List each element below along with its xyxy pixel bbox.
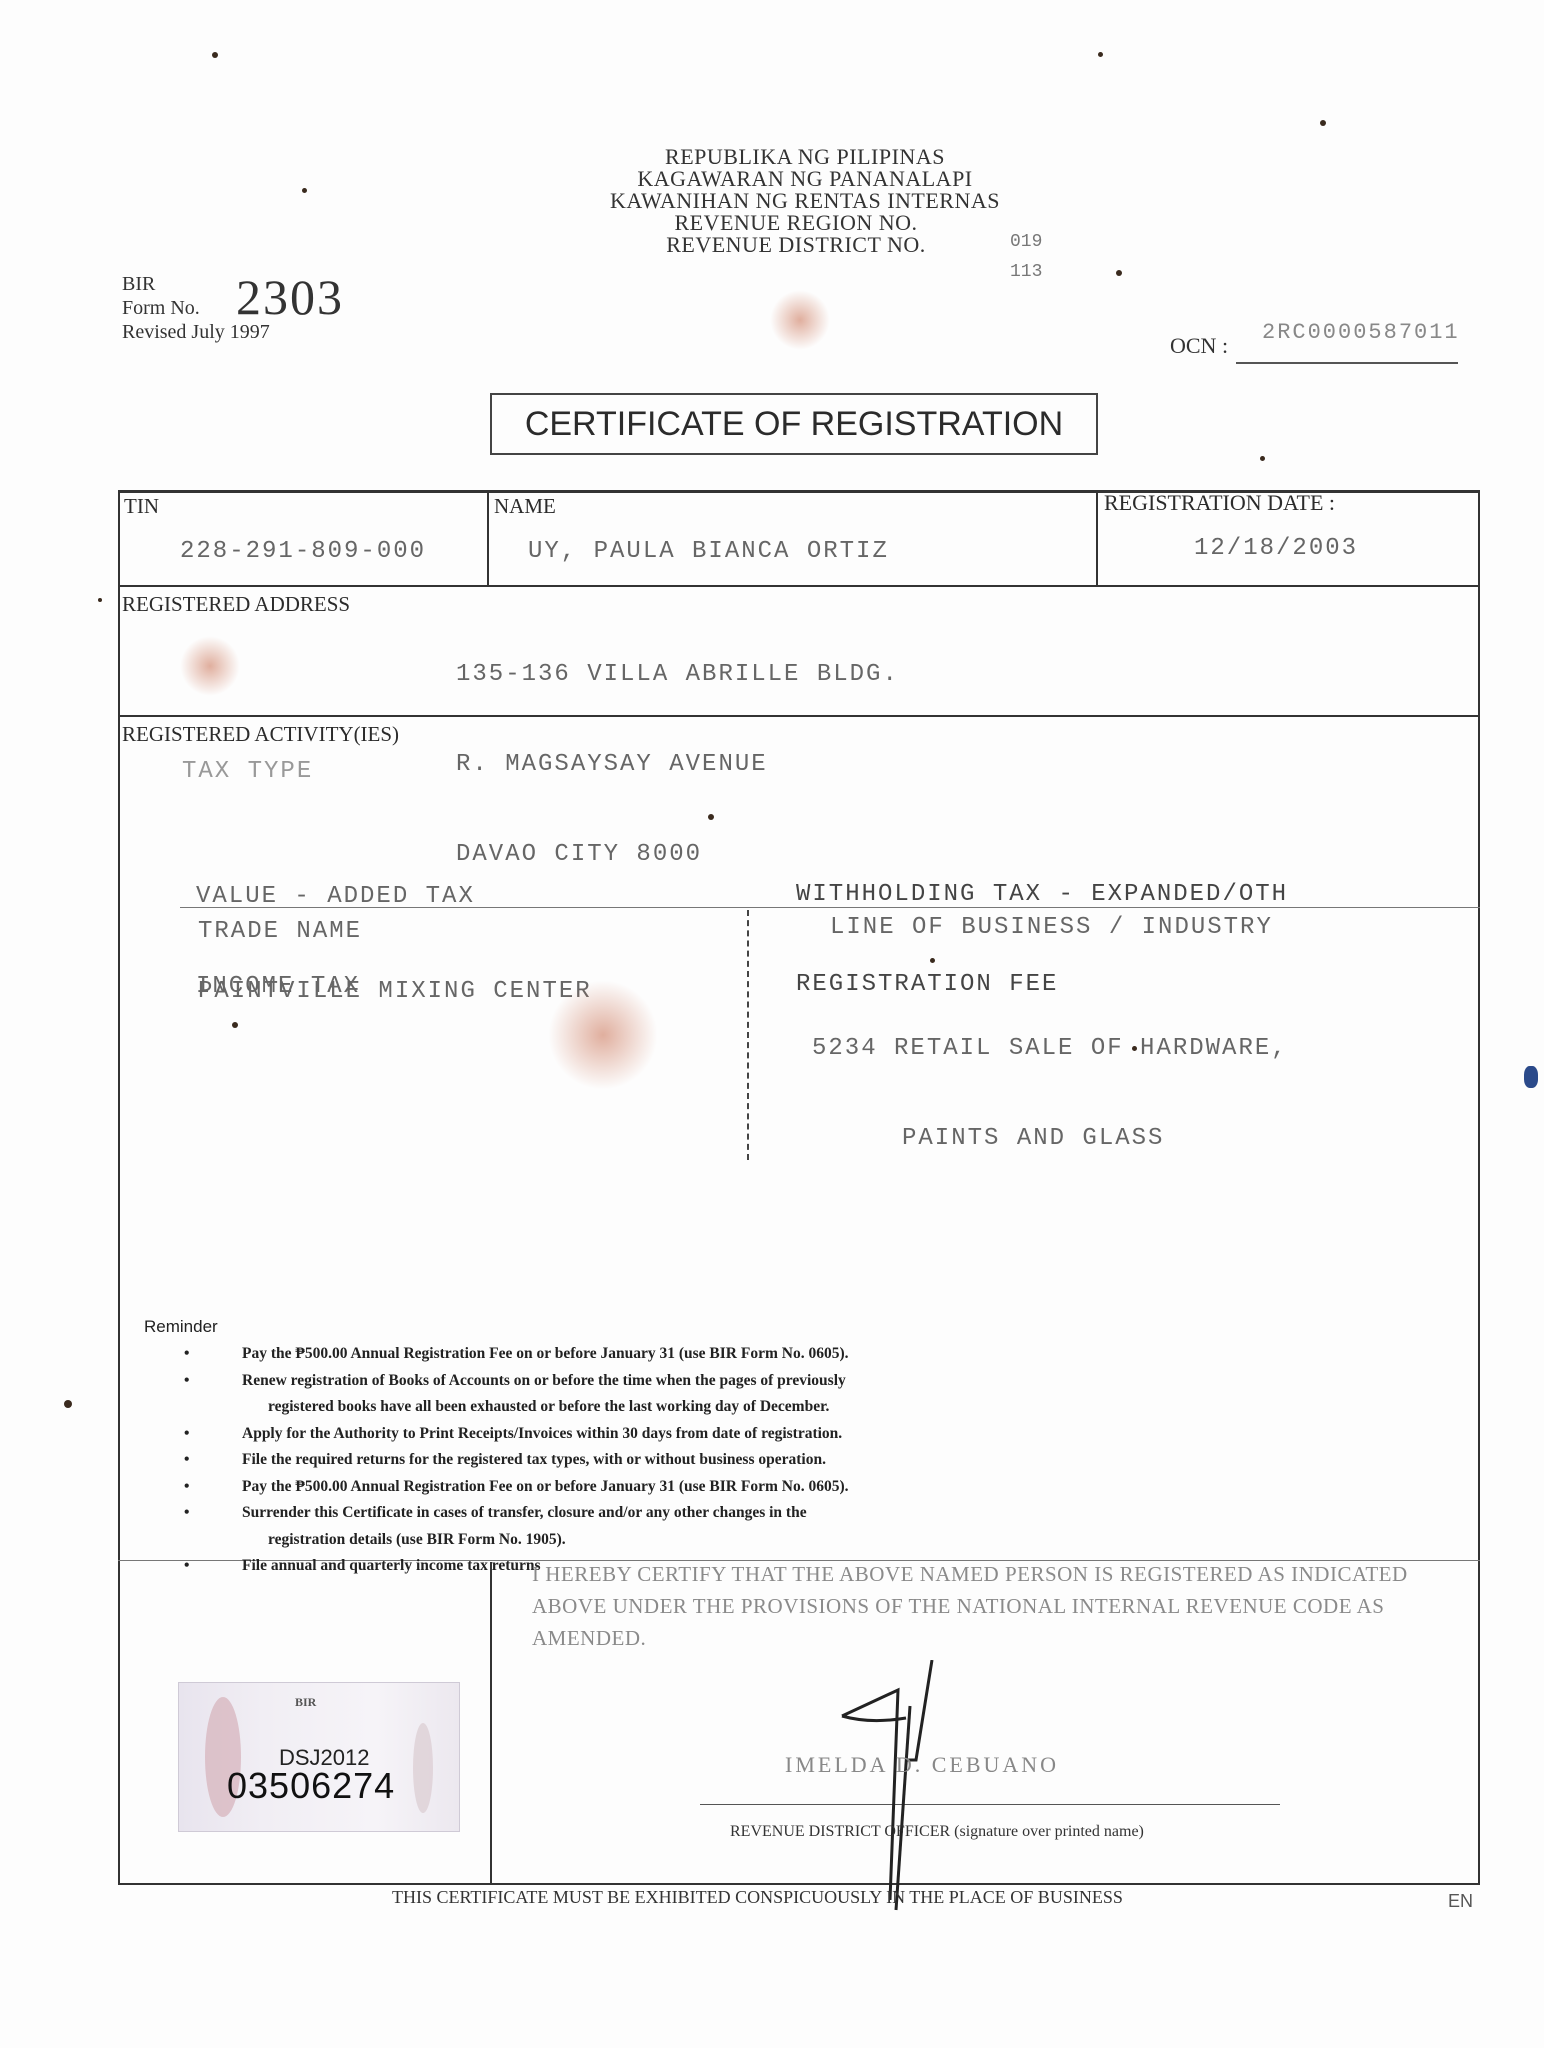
agency-header: REPUBLIKA NG PILIPINAS KAGAWARAN NG PANA… bbox=[560, 146, 1050, 256]
stamp-serial: 03506274 bbox=[227, 1765, 395, 1807]
documentary-stamp: BIR DSJ2012 03506274 bbox=[178, 1682, 460, 1832]
edge-mark bbox=[1524, 1066, 1538, 1088]
ocn-underline bbox=[1236, 362, 1458, 364]
ocn-value: 2RC0000587011 bbox=[1262, 320, 1460, 345]
officer-name: IMELDA D. CEBUANO bbox=[785, 1752, 1059, 1778]
tax-type-label: TAX TYPE bbox=[182, 758, 313, 785]
row-divider bbox=[118, 585, 1480, 587]
form-number: 2303 bbox=[236, 268, 344, 326]
speck bbox=[930, 958, 935, 963]
tax-type-item: WITHHOLDING TAX - EXPANDED/OTH bbox=[796, 880, 1288, 910]
ocn-label: OCN : bbox=[1170, 333, 1228, 359]
name-label: NAME bbox=[494, 494, 556, 519]
tin-value: 228-291-809-000 bbox=[180, 538, 426, 565]
reminder-item: Surrender this Certificate in cases of t… bbox=[180, 1500, 1040, 1553]
reminder-item: Apply for the Authority to Print Receipt… bbox=[180, 1421, 1040, 1448]
signature-icon bbox=[840, 1660, 960, 1920]
tax-type-item: VALUE - ADDED TAX bbox=[196, 882, 475, 912]
stain bbox=[180, 636, 240, 696]
footer-code: EN bbox=[1448, 1891, 1473, 1912]
line-of-business-label: LINE OF BUSINESS / INDUSTRY bbox=[830, 914, 1273, 941]
reminder-item: File the required returns for the regist… bbox=[180, 1447, 1040, 1474]
speck bbox=[1260, 456, 1265, 461]
reminder-list: Pay the ₱500.00 Annual Registration Fee … bbox=[180, 1341, 1040, 1580]
speck bbox=[1098, 52, 1103, 57]
agency-line-2: KAGAWARAN NG PANANALAPI bbox=[560, 168, 1050, 190]
activities-label: REGISTERED ACTIVITY(IES) bbox=[122, 722, 399, 747]
speck bbox=[98, 598, 102, 602]
document-title: CERTIFICATE OF REGISTRATION bbox=[525, 405, 1063, 444]
region-label: REVENUE REGION NO. bbox=[560, 212, 1050, 234]
reminder-title: Reminder bbox=[144, 1317, 218, 1337]
certification-text: I HEREBY CERTIFY THAT THE ABOVE NAMED PE… bbox=[532, 1558, 1452, 1654]
trade-name-value: PAINTVILLE MIXING CENTER bbox=[198, 978, 592, 1005]
agency-line-1: REPUBLIKA NG PILIPINAS bbox=[560, 146, 1050, 168]
registration-date-value: 12/18/2003 bbox=[1194, 535, 1358, 562]
col-divider bbox=[487, 490, 489, 585]
title-box: CERTIFICATE OF REGISTRATION bbox=[490, 393, 1098, 455]
name-value: UY, PAULA BIANCA ORTIZ bbox=[528, 538, 889, 565]
col-divider bbox=[1096, 490, 1098, 585]
address-label: REGISTERED ADDRESS bbox=[122, 592, 350, 617]
reminder-item: Renew registration of Books of Accounts … bbox=[180, 1368, 1040, 1421]
speck bbox=[708, 814, 714, 820]
address-line-1: 135-136 VILLA ABRILLE BLDG. bbox=[456, 660, 899, 690]
reminder-item: Pay the ₱500.00 Annual Registration Fee … bbox=[180, 1474, 1040, 1501]
stain bbox=[770, 290, 830, 350]
district-label: REVENUE DISTRICT NO. bbox=[560, 234, 1050, 256]
stamp-top-text: BIR bbox=[295, 1695, 316, 1710]
line-of-business-line-2: PAINTS AND GLASS bbox=[812, 1124, 1288, 1154]
line-of-business-line-1: 5234 RETAIL SALE OF HARDWARE, bbox=[812, 1034, 1288, 1064]
signature-line bbox=[700, 1804, 1280, 1805]
speck bbox=[64, 1400, 72, 1408]
speck bbox=[1132, 1046, 1137, 1051]
tin-label: TIN bbox=[124, 494, 159, 519]
registration-date-label: REGISTRATION DATE : bbox=[1104, 490, 1335, 516]
stain bbox=[548, 980, 658, 1090]
agency-line-3: KAWANIHAN NG RENTAS INTERNAS bbox=[560, 190, 1050, 212]
footer-note: THIS CERTIFICATE MUST BE EXHIBITED CONSP… bbox=[392, 1887, 1123, 1908]
address-line-2: R. MAGSAYSAY AVENUE bbox=[456, 750, 899, 780]
stamp-emblem-right bbox=[413, 1723, 433, 1813]
col-divider bbox=[490, 1562, 492, 1885]
trade-name-label: TRADE NAME bbox=[198, 918, 362, 945]
district-value: 113 bbox=[1010, 262, 1042, 282]
region-value: 019 bbox=[1010, 232, 1042, 252]
speck bbox=[1320, 120, 1326, 126]
line-of-business-value: 5234 RETAIL SALE OF HARDWARE, PAINTS AND… bbox=[812, 974, 1288, 1184]
col-divider-dashed bbox=[747, 910, 749, 1160]
speck bbox=[302, 188, 307, 193]
officer-title: REVENUE DISTRICT OFFICER (signature over… bbox=[730, 1823, 1144, 1841]
speck bbox=[232, 1022, 238, 1028]
speck bbox=[212, 52, 218, 58]
reminder-item: Pay the ₱500.00 Annual Registration Fee … bbox=[180, 1341, 1040, 1368]
speck bbox=[1116, 270, 1122, 276]
